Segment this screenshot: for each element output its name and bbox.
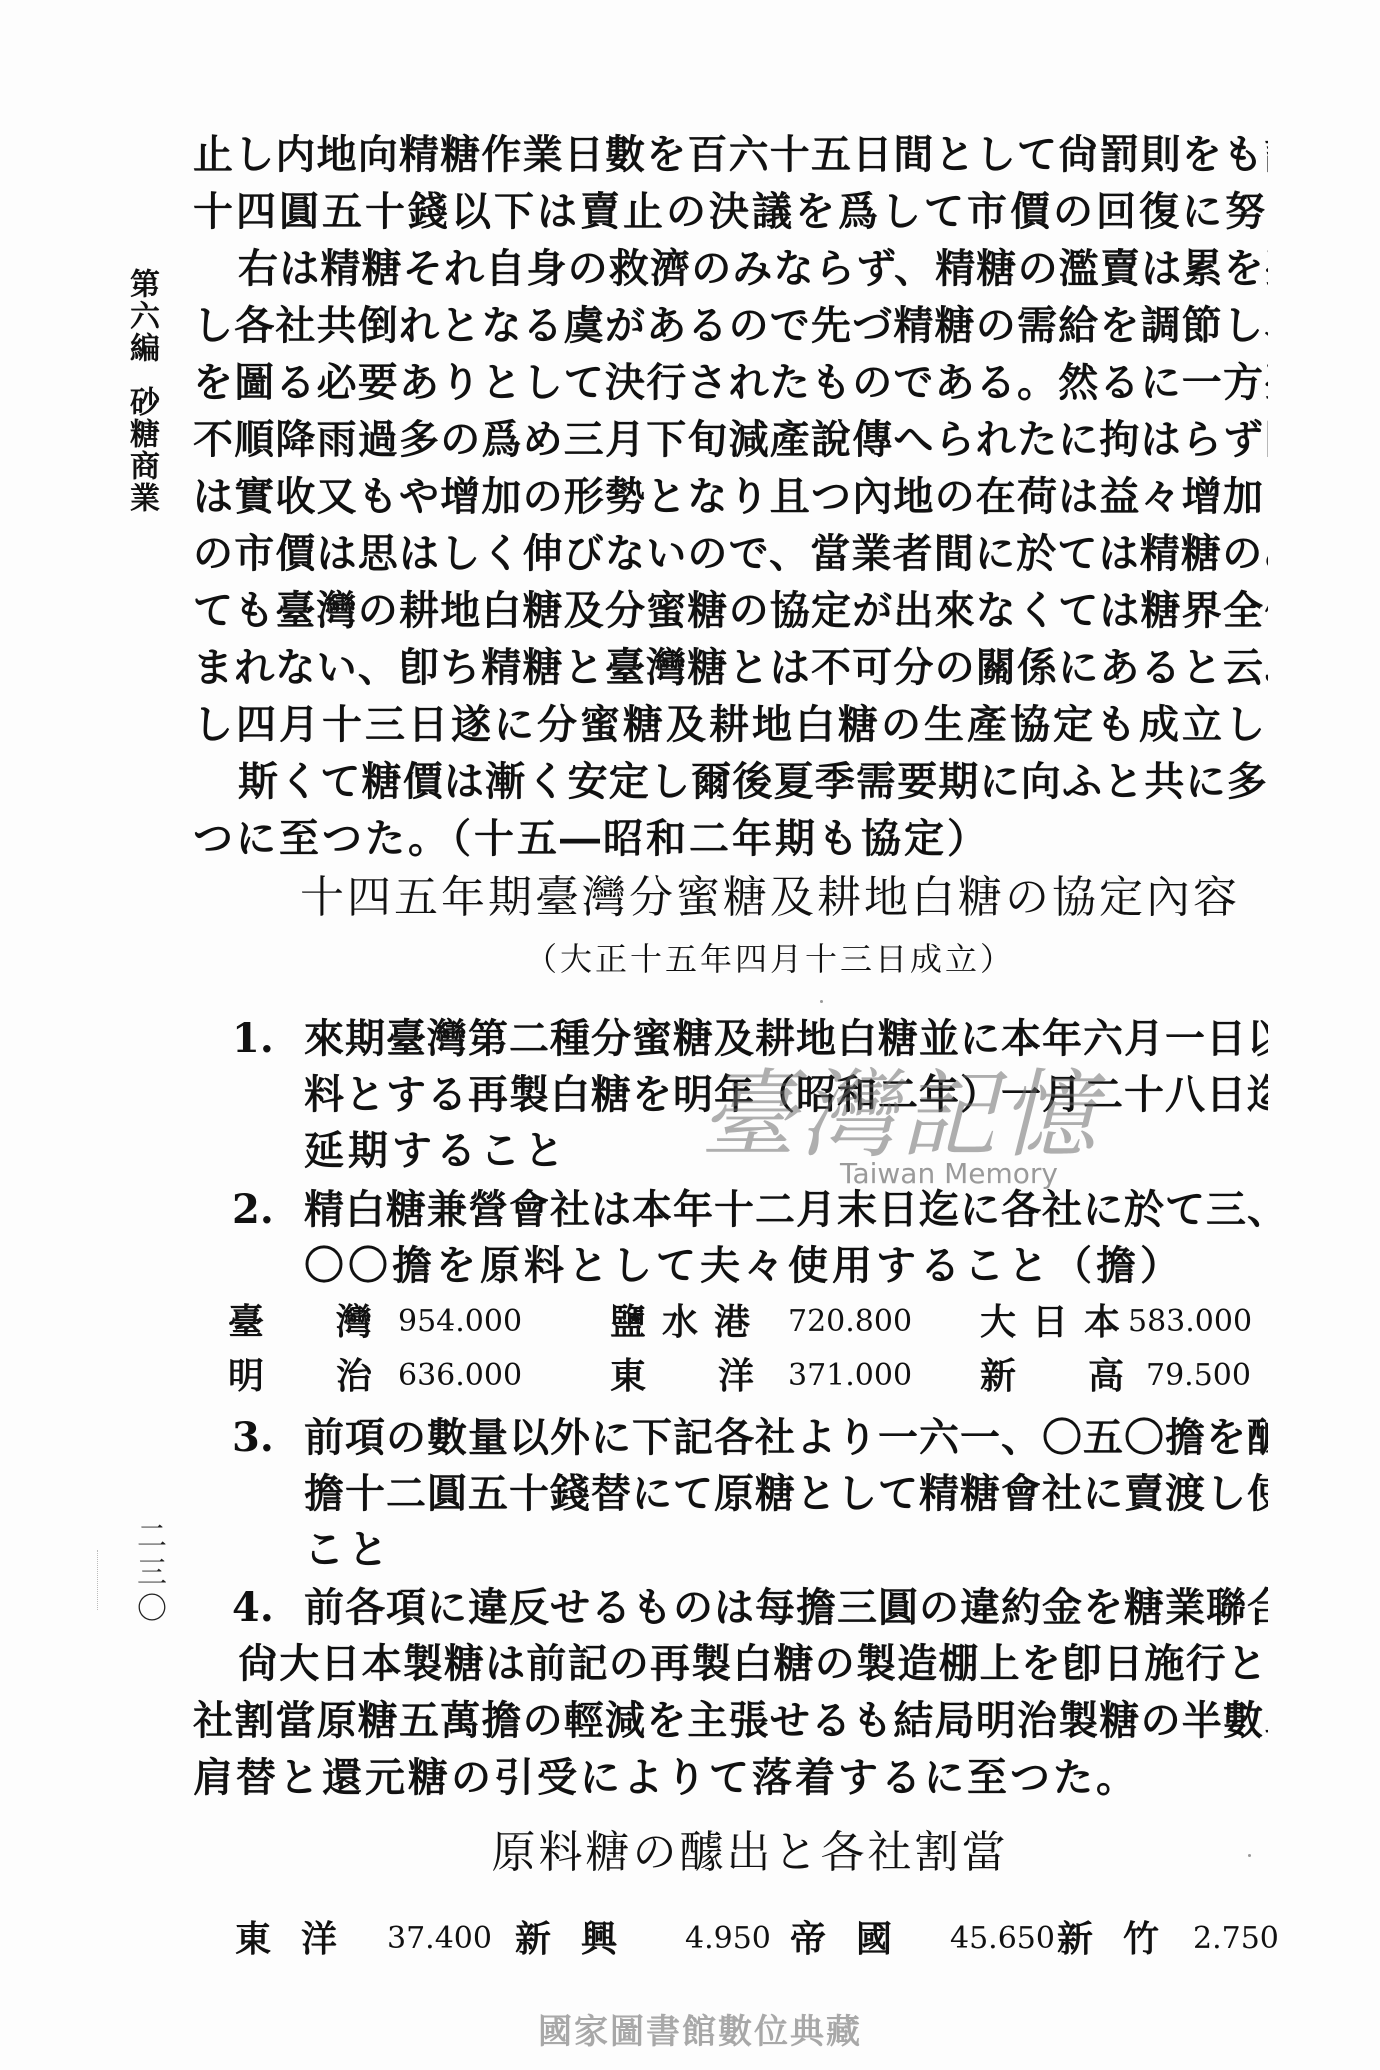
body-line: し四月十三日遂に分蜜糖及耕地白糖の生產協定も成立した。 (193, 697, 1268, 753)
company-name: 新竹 (1057, 1913, 1189, 1965)
company-name: 東洋 (235, 1913, 367, 1965)
allocation-row: 明 治 636.000 東 洋 371.000 新 高 79.500 (228, 1350, 1268, 1402)
body-line: し各社共倒れとなる虞があるので先づ精糖の需給を調節し、市價の安定 (193, 298, 1268, 354)
page-number: 二三〇 (123, 1520, 163, 1628)
company-name: 新興 (515, 1913, 647, 1965)
agreement-item-3: 3. 前項の數量以外に下記各社より一六一、〇五〇擔を醵出し沖渡一 (232, 1410, 1268, 1466)
company-name: 大日本 (980, 1296, 1136, 1348)
company-name: 臺 灣 (228, 1296, 372, 1348)
margin-ghost-mark (97, 1550, 112, 1610)
scan-speck (820, 1000, 823, 1003)
running-head-part: 第六編 (124, 268, 159, 364)
body-line: ても臺灣の耕地白糖及分蜜糖の協定が出來なくては糖界全体の安定は望 (193, 583, 1268, 639)
body-line: を圖る必要ありとして決行されたものである。然るに一方臺灣糖は天候 (193, 355, 1268, 411)
item-continuation: 料とする再製白糖を明年（昭和二年）一月二十八日迄內地倉出しを (304, 1067, 1268, 1123)
agreement-item-1: 1. 來期臺灣第二種分蜜糖及耕地白糖並に本年六月一日以降外糖を原 (232, 1011, 1268, 1067)
company-name: 新 高 (980, 1350, 1124, 1402)
section-title: 原料糖の醵出と各社割當 (0, 1823, 1380, 1883)
company-name: 東 洋 (610, 1350, 754, 1402)
company-name: 鹽水港 (610, 1296, 766, 1348)
library-collection-mark: 國家圖書館數位典藏 (0, 2010, 1380, 2054)
item-continuation: 〇〇擔を原料として夫々使用すること（擔） (304, 1238, 1268, 1294)
company-amount: 583.000 (1128, 1296, 1252, 1348)
body-line: 不順降雨過多の爲め三月下旬減產說傳へられたに拘はらず四月に入りて (193, 412, 1268, 468)
item-text: 前項の數量以外に下記各社より一六一、〇五〇擔を醵出し沖渡一 (304, 1410, 1268, 1466)
company-amount: 954.000 (398, 1296, 522, 1348)
running-head-title: 砂糖商業 (124, 386, 159, 514)
scanned-page: 第六編砂糖商業 二三〇 止し内地向精糖作業日數を百六十五日間として尙罰則をも設け… (0, 0, 1380, 2070)
agreement-item-2: 2. 精白糖兼營會社は本年十二月末日迄に各社に於て三、三四四、五 (232, 1182, 1268, 1238)
item-text: 前各項に違反せるものは每擔三圓の違約金を糖業聯合會に徵收す (304, 1580, 1268, 1636)
section-title: 十四五年期臺灣分蜜糖及耕地白糖の協定內容 (0, 868, 1380, 928)
company-name: 帝國 (790, 1913, 922, 1965)
contribution-row: 東洋 37.400 新興 4.950 帝國 45.650 新竹 2.750 (235, 1913, 1270, 1965)
item-number: 4. (232, 1580, 280, 1636)
body-line: 社割當原糖五萬擔の輕減を主張せるも結局明治製糖の半數二萬五千擔の (193, 1693, 1268, 1749)
body-line: 十四圓五十錢以下は賣止の決議を爲して市價の回復に努力した。 (193, 184, 1268, 240)
company-amount: 37.400 (387, 1913, 492, 1965)
company-amount: 636.000 (398, 1350, 522, 1402)
body-line: 止し内地向精糖作業日數を百六十五日間として尙罰則をも設け、更に二 (193, 127, 1268, 183)
company-amount: 45.650 (950, 1913, 1055, 1965)
company-amount: 4.950 (685, 1913, 771, 1965)
body-line: の市價は思はしく伸びないので、當業者間に於ては精糖のみ限產を行ふ (193, 526, 1268, 582)
body-line: まれない、卽ち精糖と臺灣糖とは不可分の關係にあると云ふに意見一致 (193, 640, 1268, 696)
scan-speck (1248, 1854, 1251, 1857)
item-number: 1. (232, 1011, 280, 1067)
company-amount: 720.800 (788, 1296, 912, 1348)
body-line: 右は精糖それ自身の救濟のみならず、精糖の濫賣は累を臺灣糖に及ぼ (238, 241, 1268, 297)
running-head: 第六編砂糖商業 (115, 268, 159, 514)
company-amount: 371.000 (788, 1350, 912, 1402)
item-continuation: こと (304, 1522, 1268, 1578)
item-continuation: 擔十二圓五十錢替にて原糖として精糖會社に賣渡し使用せしむべき (304, 1466, 1268, 1522)
body-line: 尙大日本製糖は前記の再製白糖の製造棚上を卽日施行とする件及び自 (238, 1636, 1268, 1692)
body-line: は實收又もや增加の形勢となり且つ內地の在荷は益々增加し旁々分蜜糖 (193, 469, 1268, 525)
company-amount: 79.500 (1146, 1350, 1251, 1402)
body-line: 肩替と還元糖の引受によりて落着するに至つた。 (193, 1750, 1268, 1806)
allocation-row: 臺 灣 954.000 鹽水港 720.800 大日本 583.000 (228, 1296, 1268, 1348)
agreement-item-4: 4. 前各項に違反せるものは每擔三圓の違約金を糖業聯合會に徵收す (232, 1580, 1268, 1636)
item-continuation: 延期すること (304, 1123, 1268, 1179)
item-text: 來期臺灣第二種分蜜糖及耕地白糖並に本年六月一日以降外糖を原 (304, 1011, 1268, 1067)
body-line: つに至つた。（十五―昭和二年期も協定） (193, 811, 1268, 867)
item-number: 2. (232, 1182, 280, 1238)
item-text: 精白糖兼營會社は本年十二月末日迄に各社に於て三、三四四、五 (304, 1182, 1268, 1238)
item-number: 3. (232, 1410, 280, 1466)
body-line: 斯くて糖價は漸く安定し爾後夏季需要期に向ふと共に多少相場も引立 (238, 754, 1268, 810)
company-amount: 2.750 (1193, 1913, 1279, 1965)
section-subtitle: （大正十五年四月十三日成立） (0, 937, 1380, 981)
company-name: 明 治 (228, 1350, 372, 1402)
